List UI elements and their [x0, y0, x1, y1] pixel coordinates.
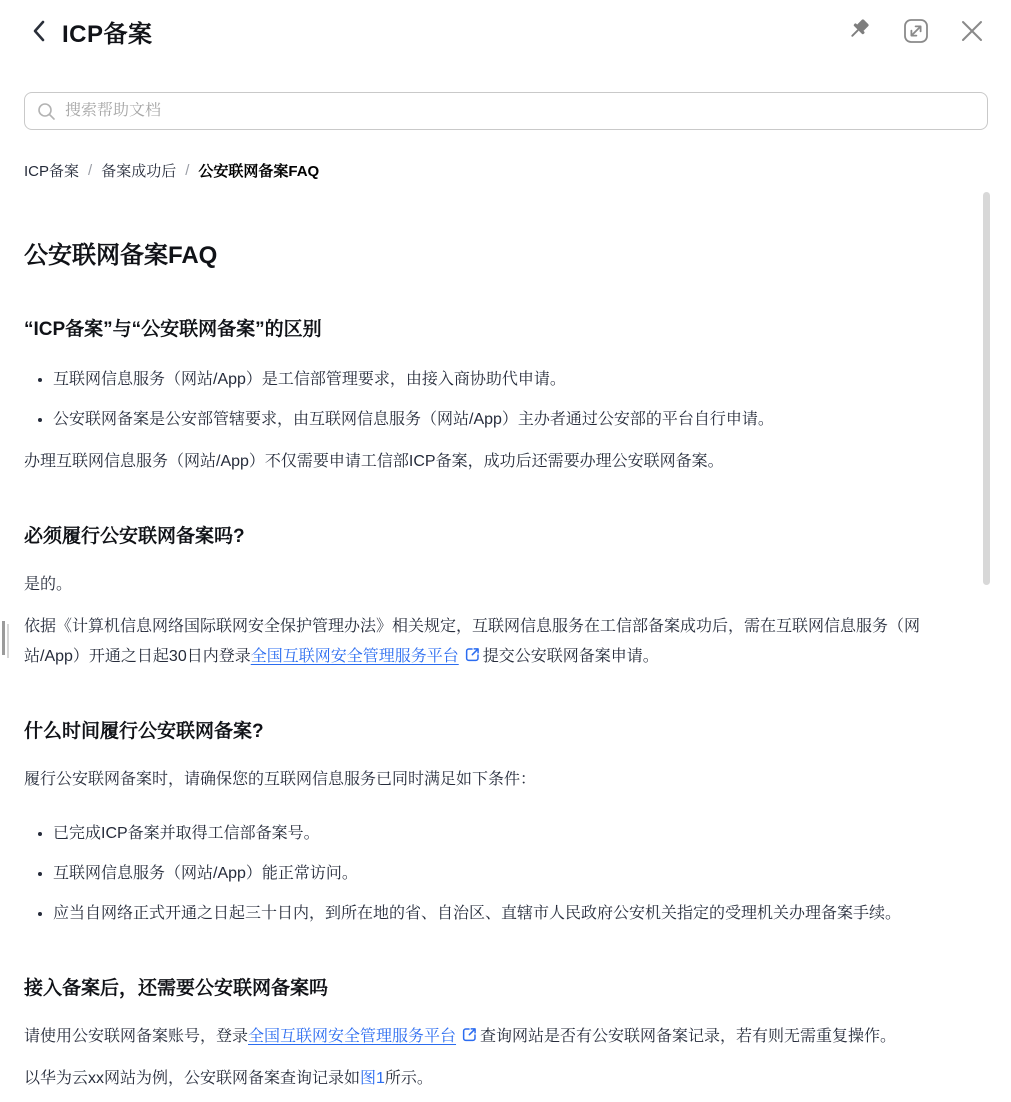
link-label: 图1 [360, 1070, 385, 1087]
pin-icon [845, 17, 873, 45]
breadcrumb-item-icp[interactable]: ICP备案 [24, 160, 79, 181]
link-figure1[interactable]: 图1 [360, 1070, 385, 1087]
article: 公安联网备案FAQ “ICP备案”与“公安联网备案”的区别 互联网信息服务（网站… [0, 235, 1011, 1094]
bullet-list-conditions: 已完成ICP备案并取得工信部备案号。 互联网信息服务（网站/App）能正常访问。… [24, 819, 961, 929]
text-run: 请使用公安联网备案账号，登录 [24, 1028, 248, 1045]
breadcrumb-separator: / [88, 162, 92, 179]
list-item: 公安联网备案是公安部管辖要求，由互联网信息服务（网站/App）主办者通过公安部的… [38, 405, 961, 435]
link-label: 全国互联网安全管理服务平台 [248, 1028, 456, 1045]
paragraph: 是的。 [24, 570, 961, 600]
external-link-icon [461, 1026, 478, 1043]
list-item: 互联网信息服务（网站/App）是工信部管理要求，由接入商协助代申请。 [38, 365, 961, 395]
header-left: ICP备案 [30, 14, 153, 49]
list-item: 已完成ICP备案并取得工信部备案号。 [38, 819, 961, 849]
search-bar[interactable] [24, 92, 988, 130]
paragraph: 履行公安联网备案时，请确保您的互联网信息服务已同时满足如下条件： [24, 765, 961, 795]
page-title: 公安联网备案FAQ [24, 235, 961, 270]
panel-header: ICP备案 [0, 0, 1011, 48]
expand-icon [903, 18, 929, 44]
pin-button[interactable] [845, 17, 873, 45]
section-heading-difference: “ICP备案”与“公安联网备案”的区别 [24, 314, 961, 341]
paragraph: 依据《计算机信息网络国际联网安全保护管理办法》相关规定，互联网信息服务在工信部备… [24, 612, 961, 672]
breadcrumb-current: 公安联网备案FAQ [198, 160, 319, 181]
expand-button[interactable] [903, 18, 929, 44]
text-run: 以华为云xx网站为例，公安联网备案查询记录如 [24, 1070, 360, 1087]
text-run: 所示。 [385, 1070, 433, 1087]
left-scroll-indicator [2, 621, 5, 655]
paragraph: 以华为云xx网站为例，公安联网备案查询记录如图1所示。 [24, 1064, 961, 1094]
paragraph: 请使用公安联网备案账号，登录全国互联网安全管理服务平台查询网站是否有公安联网备案… [24, 1022, 961, 1052]
back-button[interactable] [30, 19, 48, 43]
link-label: 全国互联网安全管理服务平台 [251, 648, 459, 665]
text-run: 查询网站是否有公安联网备案记录，若有则无需重复操作。 [480, 1028, 896, 1045]
paragraph: 办理互联网信息服务（网站/App）不仅需要申请工信部ICP备案，成功后还需要办理… [24, 447, 961, 477]
chevron-left-icon [30, 19, 48, 43]
external-link-icon [464, 646, 481, 663]
section-heading-when-file: 什么时间履行公安联网备案? [24, 716, 961, 743]
header-actions [845, 17, 985, 45]
section-heading-must-file: 必须履行公安联网备案吗? [24, 521, 961, 548]
section-heading-after-access: 接入备案后，还需要公安联网备案吗 [24, 973, 961, 1000]
panel-title: ICP备案 [62, 14, 153, 49]
link-security-platform[interactable]: 全国互联网安全管理服务平台 [251, 648, 483, 665]
breadcrumb-item-after-success[interactable]: 备案成功后 [101, 160, 176, 181]
left-scroll-indicator-light [7, 624, 9, 658]
list-item: 互联网信息服务（网站/App）能正常访问。 [38, 859, 961, 889]
close-icon [959, 18, 985, 44]
text-run: 提交公安联网备案申请。 [483, 648, 659, 665]
breadcrumb-separator: / [185, 162, 189, 179]
search-input[interactable] [65, 102, 975, 120]
breadcrumb: ICP备案 / 备案成功后 / 公安联网备案FAQ [24, 160, 987, 181]
bullet-list-difference: 互联网信息服务（网站/App）是工信部管理要求，由接入商协助代申请。 公安联网备… [24, 365, 961, 435]
vertical-scrollbar-thumb[interactable] [983, 192, 990, 585]
search-icon [37, 102, 56, 121]
list-item: 应当自网络正式开通之日起三十日内，到所在地的省、自治区、直辖市人民政府公安机关指… [38, 899, 961, 929]
link-security-platform[interactable]: 全国互联网安全管理服务平台 [248, 1028, 480, 1045]
help-panel: ICP备案 [0, 0, 1011, 1102]
close-button[interactable] [959, 18, 985, 44]
